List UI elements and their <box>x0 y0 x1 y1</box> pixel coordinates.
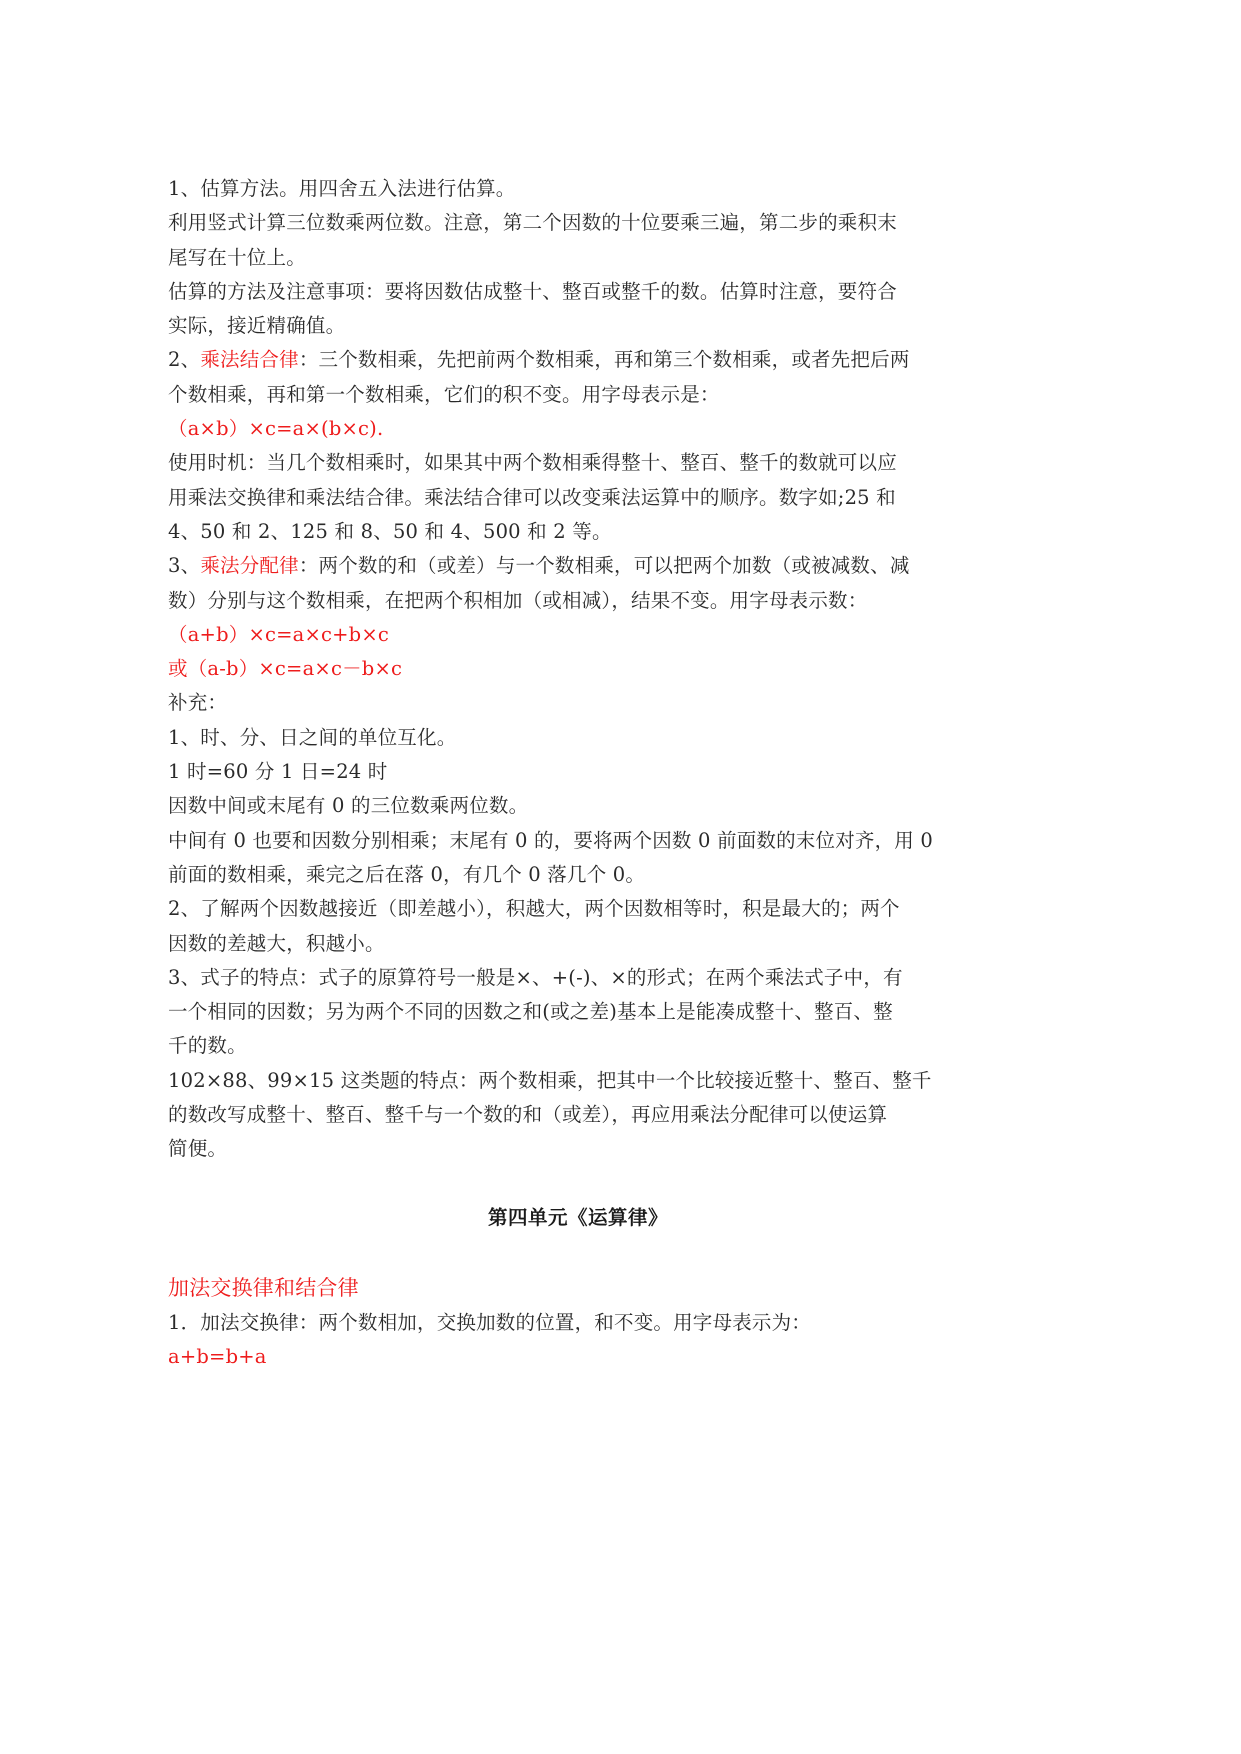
text-line: 2、了解两个因数越接近（即差越小），积越大，两个因数相等时，积是最大的；两个 <box>168 892 948 926</box>
associative-law-paragraph: 2、乘法结合律：三个数相乘，先把前两个数相乘，再和第三个数相乘，或者先把后两 <box>168 343 948 377</box>
spacer <box>168 1235 948 1269</box>
text-line: 一个相同的因数；另为两个不同的因数之和(或之差)基本上是能凑成整十、整百、整 <box>168 995 948 1029</box>
formula-distributive-sum: （a+b）×c=a×c+b×c <box>168 618 948 652</box>
section-title: 加法交换律和结合律 <box>168 1270 948 1306</box>
text-line: 4、50 和 2、125 和 8、50 和 4、500 和 2 等。 <box>168 515 948 549</box>
text-line: 1．加法交换律：两个数相加，交换加数的位置，和不变。用字母表示为： <box>168 1306 948 1340</box>
text-line: 中间有 0 也要和因数分别相乘；末尾有 0 的，要将两个因数 0 前面数的末位对… <box>168 824 948 858</box>
text-line: 3、式子的特点：式子的原算符号一般是×、+(-)、×的形式；在两个乘法式子中，有 <box>168 961 948 995</box>
document-page: 1、估算方法。用四舍五入法进行估算。 利用竖式计算三位数乘两位数。注意，第二个因… <box>168 172 948 1374</box>
formula-distributive-difference: 或（a-b）×c=a×c－b×c <box>168 652 948 686</box>
unit-heading: 第四单元《运算律》 <box>168 1201 948 1235</box>
text-line: 1、时、分、日之间的单位互化。 <box>168 721 948 755</box>
text-line: 实际，接近精确值。 <box>168 309 948 343</box>
text-line: 1 时=60 分 1 日=24 时 <box>168 755 948 789</box>
text-line: 1、估算方法。用四舍五入法进行估算。 <box>168 172 948 206</box>
text-line: 使用时机：当几个数相乘时，如果其中两个数相乘得整十、整百、整千的数就可以应 <box>168 446 948 480</box>
term-associative-law: 乘法结合律 <box>200 348 299 371</box>
text-line: 102×88、99×15 这类题的特点：两个数相乘，把其中一个比较接近整十、整百… <box>168 1064 948 1098</box>
text-line: 尾写在十位上。 <box>168 241 948 275</box>
text-line: 前面的数相乘，乘完之后在落 0，有几个 0 落几个 0。 <box>168 858 948 892</box>
item-number: 2、 <box>168 348 200 371</box>
supplement-label: 补充： <box>168 686 948 720</box>
text-line: 因数的差越大，积越小。 <box>168 927 948 961</box>
text-line: 估算的方法及注意事项：要将因数估成整十、整百或整千的数。估算时注意，要符合 <box>168 275 948 309</box>
text-line: 用乘法交换律和乘法结合律。乘法结合律可以改变乘法运算中的顺序。数字如;25 和 <box>168 481 948 515</box>
definition-text: ：三个数相乘，先把前两个数相乘，再和第三个数相乘，或者先把后两 <box>299 348 910 371</box>
text-line: 的数改写成整十、整百、整千与一个数的和（或差），再应用乘法分配律可以使运算 <box>168 1098 948 1132</box>
formula-commutative-addition: a+b=b+a <box>168 1340 948 1374</box>
distributive-law-paragraph: 3、乘法分配律：两个数的和（或差）与一个数相乘，可以把两个加数（或被减数、减 <box>168 549 948 583</box>
definition-text: ：两个数的和（或差）与一个数相乘，可以把两个加数（或被减数、减 <box>299 554 910 577</box>
spacer <box>168 1167 948 1201</box>
text-line: 千的数。 <box>168 1029 948 1063</box>
text-line: 因数中间或末尾有 0 的三位数乘两位数。 <box>168 789 948 823</box>
text-line: 数）分别与这个数相乘，在把两个积相加（或相减），结果不变。用字母表示数： <box>168 584 948 618</box>
text-line: 简便。 <box>168 1132 948 1166</box>
item-number: 3、 <box>168 554 200 577</box>
text-line: 个数相乘，再和第一个数相乘，它们的积不变。用字母表示是： <box>168 378 948 412</box>
term-distributive-law: 乘法分配律 <box>200 554 299 577</box>
text-line: 利用竖式计算三位数乘两位数。注意，第二个因数的十位要乘三遍，第二步的乘积末 <box>168 206 948 240</box>
formula-associative: （a×b）×c=a×(b×c). <box>168 412 948 446</box>
